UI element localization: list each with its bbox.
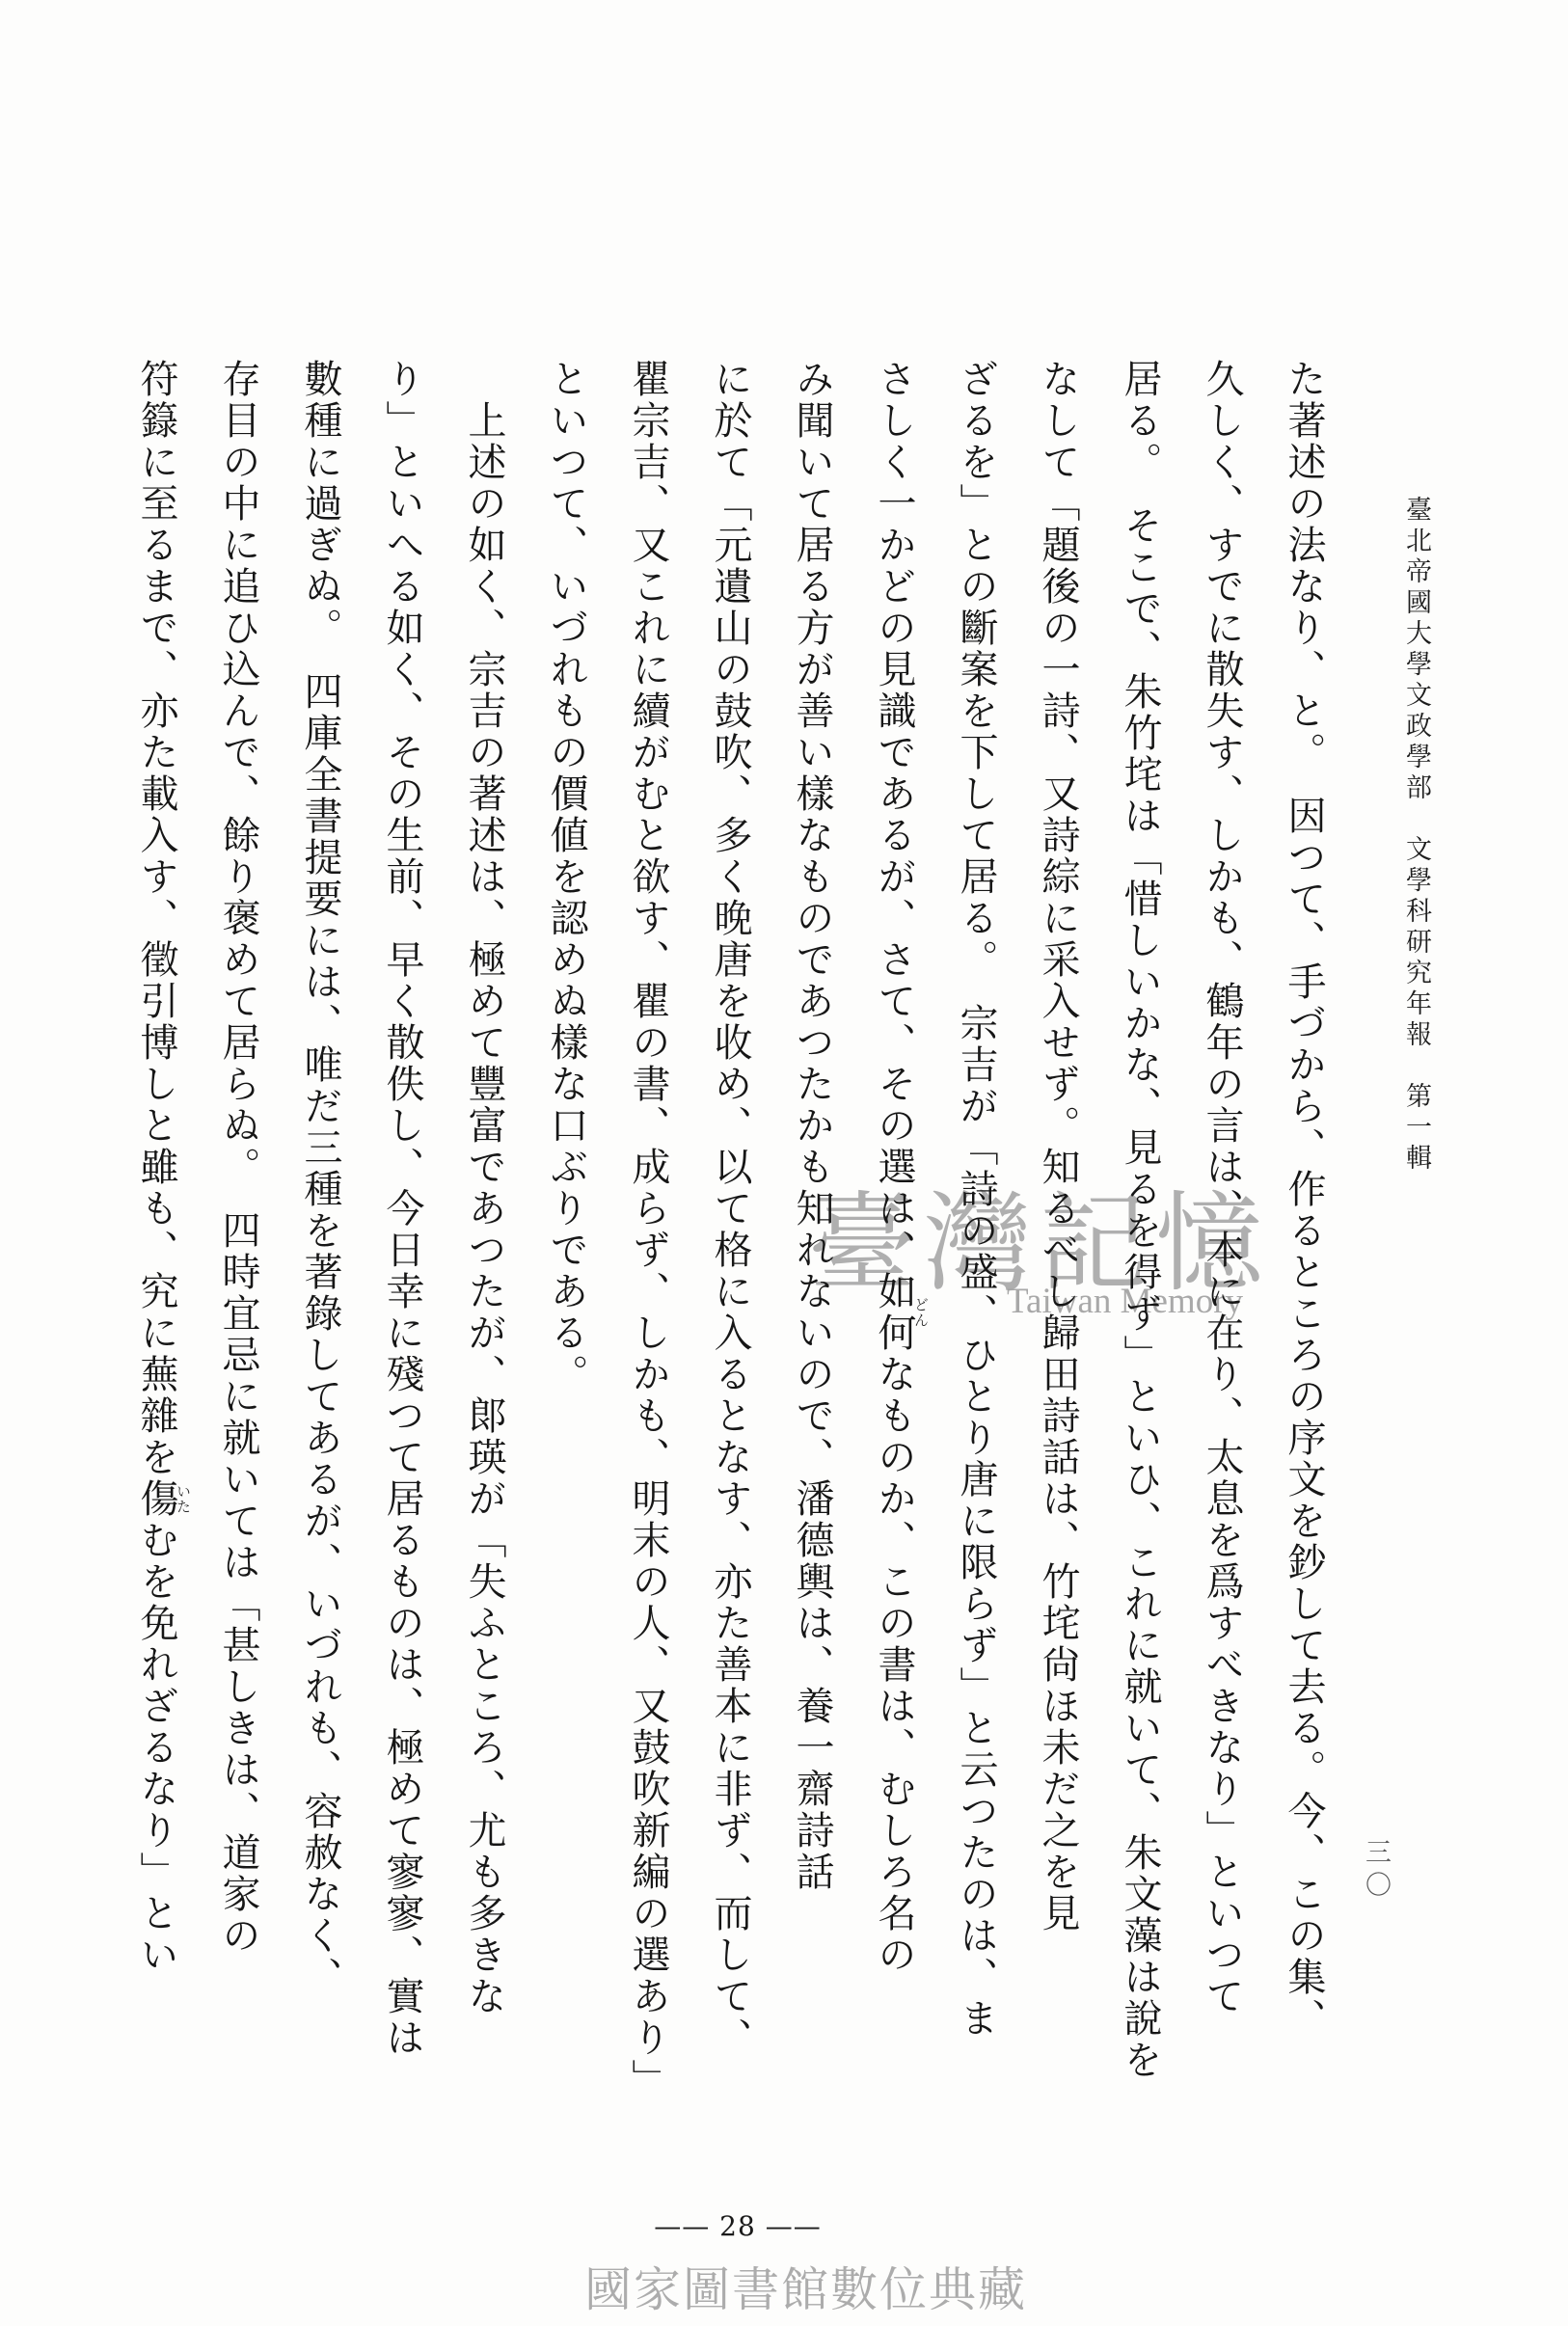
text-column: 符籙に至るまで、亦た載入す、徵引博しと雖も、究に蕪雜を傷いたむを免れざるなり」と… bbox=[115, 359, 197, 2222]
text-column: に於て「元遺山の鼓吹、多く晚唐を收め、以て格に入るとなす、亦た善本に非ず、而して… bbox=[689, 359, 770, 2222]
ruby-annotated-word: 傷いた bbox=[134, 1478, 178, 1520]
text-column: み聞いて居る方が善い樣なものであつたかも知れないので、潘德輿は、養一齋詩話 bbox=[770, 359, 852, 2222]
running-head-journal-title: 臺北帝國大學文政學部 文學科研究年報 第一輯 bbox=[1397, 496, 1435, 1267]
text-column: さしく一かどの見識であるが、さて、その選は、如何どんなものか、この書は、むしろ名… bbox=[852, 359, 934, 2222]
text-column: た著述の法なり、と。 因つて、手づから、作るところの序文を鈔して去る。今、この集… bbox=[1262, 359, 1344, 2222]
text-column: 久しく、すでに散失す、しかも、鶴年の言は、本に在り、太息を爲すべきなり」といつて bbox=[1180, 359, 1262, 2222]
text-column: 存目の中に追ひ込んで、餘り褒めて居らぬ。 四時宜忌に就いては「甚しきは、道家の bbox=[197, 359, 279, 2222]
folio-number: 三〇 bbox=[1357, 1838, 1394, 1904]
text-column: り」といへる如く、その生前、早く散佚し、今日幸に殘つて居るものは、極めて寥寥、實… bbox=[361, 359, 443, 2222]
text-column: といつて、いづれもの價値を認めぬ樣な口ぶりである。 bbox=[525, 359, 607, 2222]
text-block: た著述の法なり、と。 因つて、手づから、作るところの序文を鈔して去る。今、この集… bbox=[115, 359, 1344, 2222]
footer-library-watermark: 國家圖書館數位典藏 bbox=[584, 2253, 1027, 2320]
text-column: 瞿宗吉、又これに續がむと欲す、瞿の書、成らず、しかも、明末の人、又鼓吹新編の選あ… bbox=[607, 359, 689, 2222]
text-column: 居る。 そこで、朱竹垞は「惜しいかな、見るを得ず」といひ、これに就いて、朱文藻は… bbox=[1098, 359, 1180, 2222]
ruby-annotated-word: 如何どん bbox=[872, 1271, 916, 1354]
text-column: 上述の如く、宗吉の著述は、極めて豐富であつたが、郞瑛が「失ふところ、尤も多きな bbox=[443, 359, 525, 2222]
footer-page-number: —— 28 —— bbox=[617, 2210, 858, 2242]
scanned-page: { "page": { "header_column": "臺北帝國大學文政學部… bbox=[0, 0, 1568, 2326]
text-column: 數種に過ぎぬ。 四庫全書提要には、唯だ三種を著錄してあるが、いづれも、容赦なく、 bbox=[279, 359, 361, 2222]
text-column: ざるを」との斷案を下して居る。 宗吉が「詩の盛、ひとり唐に限らず」と云つたのは、… bbox=[934, 359, 1016, 2222]
text-column: なして「題後の一詩、又詩綜に采入せず。知るべし歸田詩話は、竹垞尙ほ未だ之を見 bbox=[1016, 359, 1098, 2222]
